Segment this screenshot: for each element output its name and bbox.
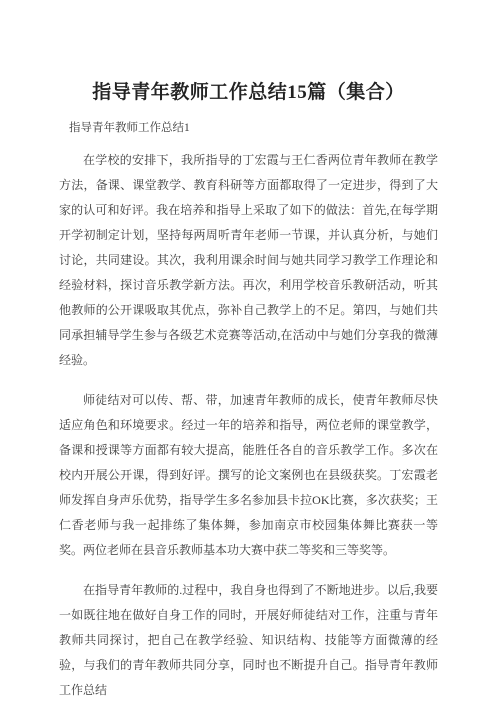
paragraph-2: 师徒结对可以传、帮、带，加速青年教师的成长，使青年教师尽快适应角色和环境要求。经… <box>59 388 438 563</box>
section-heading: 指导青年教师工作总结1 <box>69 121 438 135</box>
document-title: 指导青年教师工作总结15篇（集合） <box>59 82 438 104</box>
document-page: 指导青年教师工作总结15篇（集合） 指导青年教师工作总结1 在学校的安排下，我所… <box>0 0 500 707</box>
paragraph-1: 在学校的安排下，我所指导的丁宏霞与王仁香两位青年教师在教学方法，备课、课堂教学、… <box>59 148 438 373</box>
paragraph-3: 在指导青年教师的.过程中，我自身也得到了不断地进步。以后,我要一如既往地在做好自… <box>59 578 438 703</box>
document-body: 指导青年教师工作总结15篇（集合） 指导青年教师工作总结1 在学校的安排下，我所… <box>0 0 500 703</box>
